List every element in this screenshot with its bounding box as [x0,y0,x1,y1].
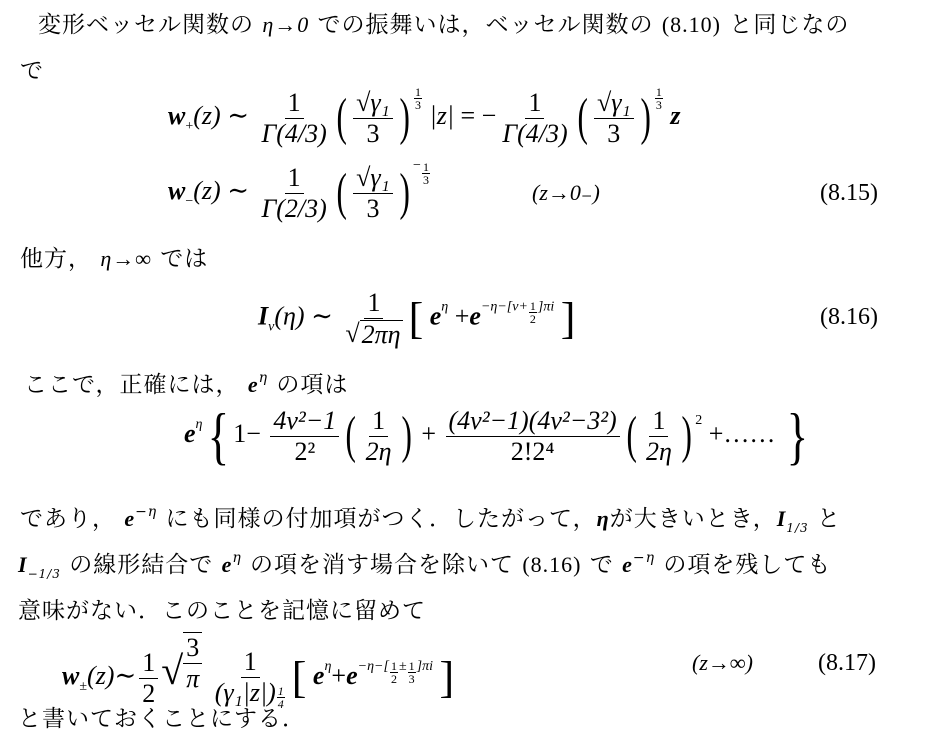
denominator: 3 [604,119,623,149]
text: の線形結合で [69,552,213,578]
text: 変形ベッセル関数の [38,12,254,38]
denominator: 2² [291,437,318,467]
denominator: 3 [414,99,422,111]
brace: { [207,404,229,468]
minus: − [482,101,497,130]
exponent: η [232,550,241,566]
exponent: −η−[ [358,659,389,674]
bracket: [ [409,297,424,341]
fraction: √γ₁3 [353,163,393,224]
equation-8-17: w±(z)∼12√3π 1(γ₁|z|)14[ eη+e−η−[12±13]πi… [62,632,454,710]
radical-icon: √ [345,319,359,349]
exp-base: e [346,661,358,690]
text: の項を残しても [663,552,831,578]
numerator: 1 [285,163,304,194]
lhs-sub: ± [79,679,87,694]
fraction: 12η [643,406,675,467]
arg: (z) [193,176,220,205]
exponent: −η [633,550,655,566]
numerator: 1 [364,288,383,319]
exponent: 2 [695,413,702,428]
lhs: w [168,176,185,205]
condition-z-to-infinity: (z→∞) [692,650,753,676]
text: では [160,246,208,272]
radical-icon: √ [161,647,183,694]
sqrt: √3π [161,632,202,694]
text: と同じなの [729,12,849,38]
numerator: 1 [285,88,304,119]
paren: ( [336,92,346,144]
exponent: ]πi [538,299,554,314]
relation: ∼ [311,301,333,330]
exponent: −η−[ν+ [481,299,528,314]
exponent: 13 [422,161,430,186]
equation-reference: (8.10) [662,12,721,37]
denominator: 2η [643,437,675,467]
denominator: Γ(4/3) [499,119,570,149]
paren: ( [336,167,346,219]
plus: + [331,661,346,690]
exp-base: e [430,301,442,330]
math-e: e [622,552,633,577]
paren: ) [681,410,691,462]
text: の項は [276,372,348,398]
exponent: 13 [414,86,422,111]
exponent: −η [135,504,157,520]
paragraph-additional-terms-line1: であり， e−η にも同様の付加項がつく．したがって，ηが大きいとき，I1/3 … [20,500,841,535]
equation-w-plus: w+(z) ∼ 1Γ(4/3)(√γ₁3)13 |z| = −1Γ(4/3)(√… [168,86,681,149]
fraction: 4ν²−12² [270,406,339,467]
plus: + [421,419,436,448]
sqrt: √2πη [345,319,402,349]
bracket: ] [439,656,454,700]
paragraph-additional-terms-line3: 意味がない．このことを記憶に留めて [18,592,426,625]
relation: ∼ [114,661,136,690]
brace: } [787,404,809,468]
arg: (z) [87,661,114,690]
denominator: 2 [390,673,398,685]
equation-asymptotic-series: eη{1− 4ν²−12²(12η) + (4ν²−1)(4ν²−3²)2!2⁴… [184,404,813,468]
denominator: √2πη [342,319,405,349]
fraction: 1Γ(4/3) [258,88,329,149]
paragraph-closing: と書いておくことにする． [18,700,306,733]
exponent: η [441,299,448,314]
exponent: 13 [655,86,663,111]
paragraph-intro-line2: で [20,52,44,85]
math-e: e [248,372,259,397]
fraction: 3π [183,632,202,694]
numerator: (4ν²−1)(4ν²−3²) [446,406,620,437]
numerator: 1 [139,648,158,679]
math-eta: η [597,506,610,531]
equation-w-minus: w−(z) ∼ 1Γ(2/3)(√γ₁3)−13 [168,158,431,224]
denominator: Γ(4/3) [258,119,329,149]
denominator: 2!2⁴ [508,437,558,467]
exponent: η [196,417,203,432]
denominator: 3 [655,99,663,111]
lhs: w [168,101,185,130]
subscript: 1/3 [786,521,808,535]
text: にも同様の付加項がつく．したがって， [166,506,597,532]
plus: + [455,301,470,330]
text: で [20,58,44,84]
fraction: (4ν²−1)(4ν²−3²)2!2⁴ [446,406,620,467]
denominator: Γ(2/3) [258,194,329,224]
exponent-fraction: 13 [408,660,416,685]
equation-reference: (8.16) [522,552,581,577]
numerator: √γ₁ [353,163,393,194]
lhs: I [258,301,268,330]
numerator: 4ν²−1 [270,406,339,437]
text: と [817,506,841,532]
plus-minus: ± [399,659,407,674]
exp-base: e [469,301,481,330]
text: 意味がない．このことを記憶に留めて [18,598,426,624]
exponent-fraction: 12 [529,300,537,325]
math-eta-to-infinity: η→∞ [100,246,152,271]
text: と書いておくことにする． [18,706,306,732]
denominator: 3 [422,174,430,186]
lhs: w [62,661,79,690]
abs-z: |z| [430,101,454,130]
numerator: 1 [369,406,388,437]
minus: − [246,419,261,448]
condition-z-to-0: (z→0₋) [532,180,600,206]
text: 他方， [20,246,92,272]
bracket: ] [561,297,576,341]
equation-number-8-15: (8.15) [820,180,878,207]
math-e: e [124,506,135,531]
paren: ( [577,92,587,144]
paragraph-precisely: ここで，正確には， eη の項は [24,366,348,399]
paren: ) [401,410,411,462]
text: であり， [20,506,116,532]
relation: ∼ [227,176,249,205]
subscript: −1/3 [28,567,61,581]
one: 1 [233,419,246,448]
radicand: 2πη [360,320,403,349]
bracket: [ [292,656,307,700]
numerator: 3 [183,633,202,664]
text: ここで，正確には， [24,372,240,398]
fraction: 1√2πη [342,288,405,349]
denominator: 2 [529,313,537,325]
math-e: e [222,552,233,577]
arg: (η) [274,301,304,330]
exp-base: e [184,419,196,448]
text: が大きいとき， [610,506,777,532]
exp-base: e [313,661,325,690]
math-I: I [777,506,787,531]
equation-number-8-17: (8.17) [818,650,876,677]
numerator: √γ₁ [594,88,634,119]
denominator: 2η [363,437,395,467]
ellipsis: +…… [709,419,776,448]
exponent-sign: − [413,158,421,173]
math-I: I [18,552,28,577]
paren: ( [626,410,636,462]
paren: ) [399,92,409,144]
denominator: 3 [363,119,382,149]
numerator: 1 [241,647,260,678]
text: での振舞いは，ベッセル関数の [318,12,654,38]
numerator: 1 [277,685,285,698]
paragraph-additional-terms-line2: I−1/3 の線形結合で eη の項を消す場合を除いて (8.16) で e−η… [18,546,831,581]
paren: ( [346,410,356,462]
relation: ∼ [227,101,249,130]
fraction: √γ₁3 [353,88,393,149]
equals: = [460,101,475,130]
paren: ) [399,167,409,219]
denominator: π [183,664,202,694]
fraction: 1Γ(2/3) [258,163,329,224]
numerator: √γ₁ [353,88,393,119]
z: z [670,101,680,130]
numerator: 1 [649,406,668,437]
equation-8-16: Iν(η) ∼ 1√2πη[ eη +e−η−[ν+12]πi ] [258,288,575,349]
paren: ) [640,92,650,144]
equation-number-8-16: (8.16) [820,304,878,331]
paragraph-intro-line1: 変形ベッセル関数の η→0 での振舞いは，ベッセル関数の (8.10) と同じな… [38,6,849,39]
denominator: 3 [408,673,416,685]
arg: (z) [193,101,220,130]
fraction: 1Γ(4/3) [499,88,570,149]
exponent-fraction: 12 [390,660,398,685]
exponent: η [259,370,268,386]
fraction: 12η [363,406,395,467]
exponent: ]πi [417,659,433,674]
text: の項を消す場合を除いて [250,552,514,578]
text: で [590,552,614,578]
math-eta-to-zero: η→0 [262,12,309,37]
paragraph-on-the-other-hand: 他方， η→∞ では [20,240,208,273]
denominator: 3 [363,194,382,224]
fraction: √γ₁3 [594,88,634,149]
numerator: 1 [525,88,544,119]
